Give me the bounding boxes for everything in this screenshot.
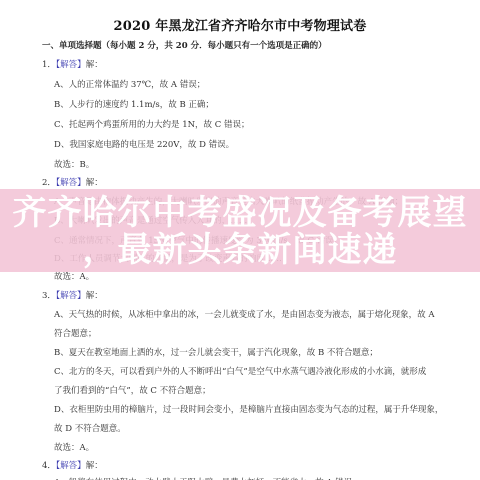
answer-line: A、天气热的时候，从冰柜中拿出的冰，一会儿就变成了水，是由固态变为液态，属于熔化… (54, 308, 434, 320)
question-header: 2．【解答】解： (42, 176, 103, 188)
answer-line: B、夏天在教室地面上洒的水，过一会儿就会变干，属于汽化现象，故 B 不符合题意； (54, 346, 378, 358)
answer-line: 故选：A。 (54, 441, 94, 453)
answer-line: 了我们看到的“白气”，故 C 不符合题意； (54, 384, 211, 396)
answer-line: C、托起两个鸡蛋所用的力大约是 1N，故 C 错误； (54, 118, 249, 130)
answer-line: D、衣柜里防虫用的樟脑片，过一段时间会变小，是樟脑片直接由固态变为气态的过程，属… (54, 403, 443, 415)
headline-line-2: ，最新头条新闻速递 (0, 232, 480, 268)
answer-tag: 【解答】 (56, 60, 86, 70)
answer-tag: 【解答】 (56, 461, 86, 471)
question-header: 1．【解答】解： (42, 58, 103, 70)
answer-line: C、北方的冬天，可以看到户外的人不断呼出“白气”是空气中水蒸气遇冷液化形成的小水… (54, 365, 426, 377)
answer-line: A、船桨在使用过程中，动力臂小于阻力臂，是费力杠杆，不能省力，故 A 错误； (54, 476, 361, 480)
section-heading: 一、单项选择题（每小题 2 分，共 20 分．每小题只有一个选项是正确的） (42, 39, 327, 51)
answer-line: 故选：B。 (54, 158, 94, 170)
document-title: 2020 年黑龙江省齐齐哈尔市中考物理试卷 (0, 15, 480, 34)
answer-line: B、人步行的速度约 1.1m/s，故 B 正确； (54, 98, 214, 110)
answer-line: D、我国家庭电路的电压是 220V，故 D 错误。 (54, 138, 234, 150)
answer-tag: 【解答】 (56, 178, 86, 188)
answer-line: 符合题意； (54, 327, 97, 339)
question-header: 4．【解答】解： (42, 459, 103, 471)
headline-line-1: 齐齐哈尔中考盛况及备考展望 (0, 195, 480, 231)
answer-line: A、人的正常体温约 37℃，故 A 错误； (54, 78, 205, 90)
answer-tag: 【解答】 (56, 291, 86, 301)
answer-line: 故 D 不符合题意。 (54, 422, 126, 434)
question-header: 3．【解答】解： (42, 289, 103, 301)
